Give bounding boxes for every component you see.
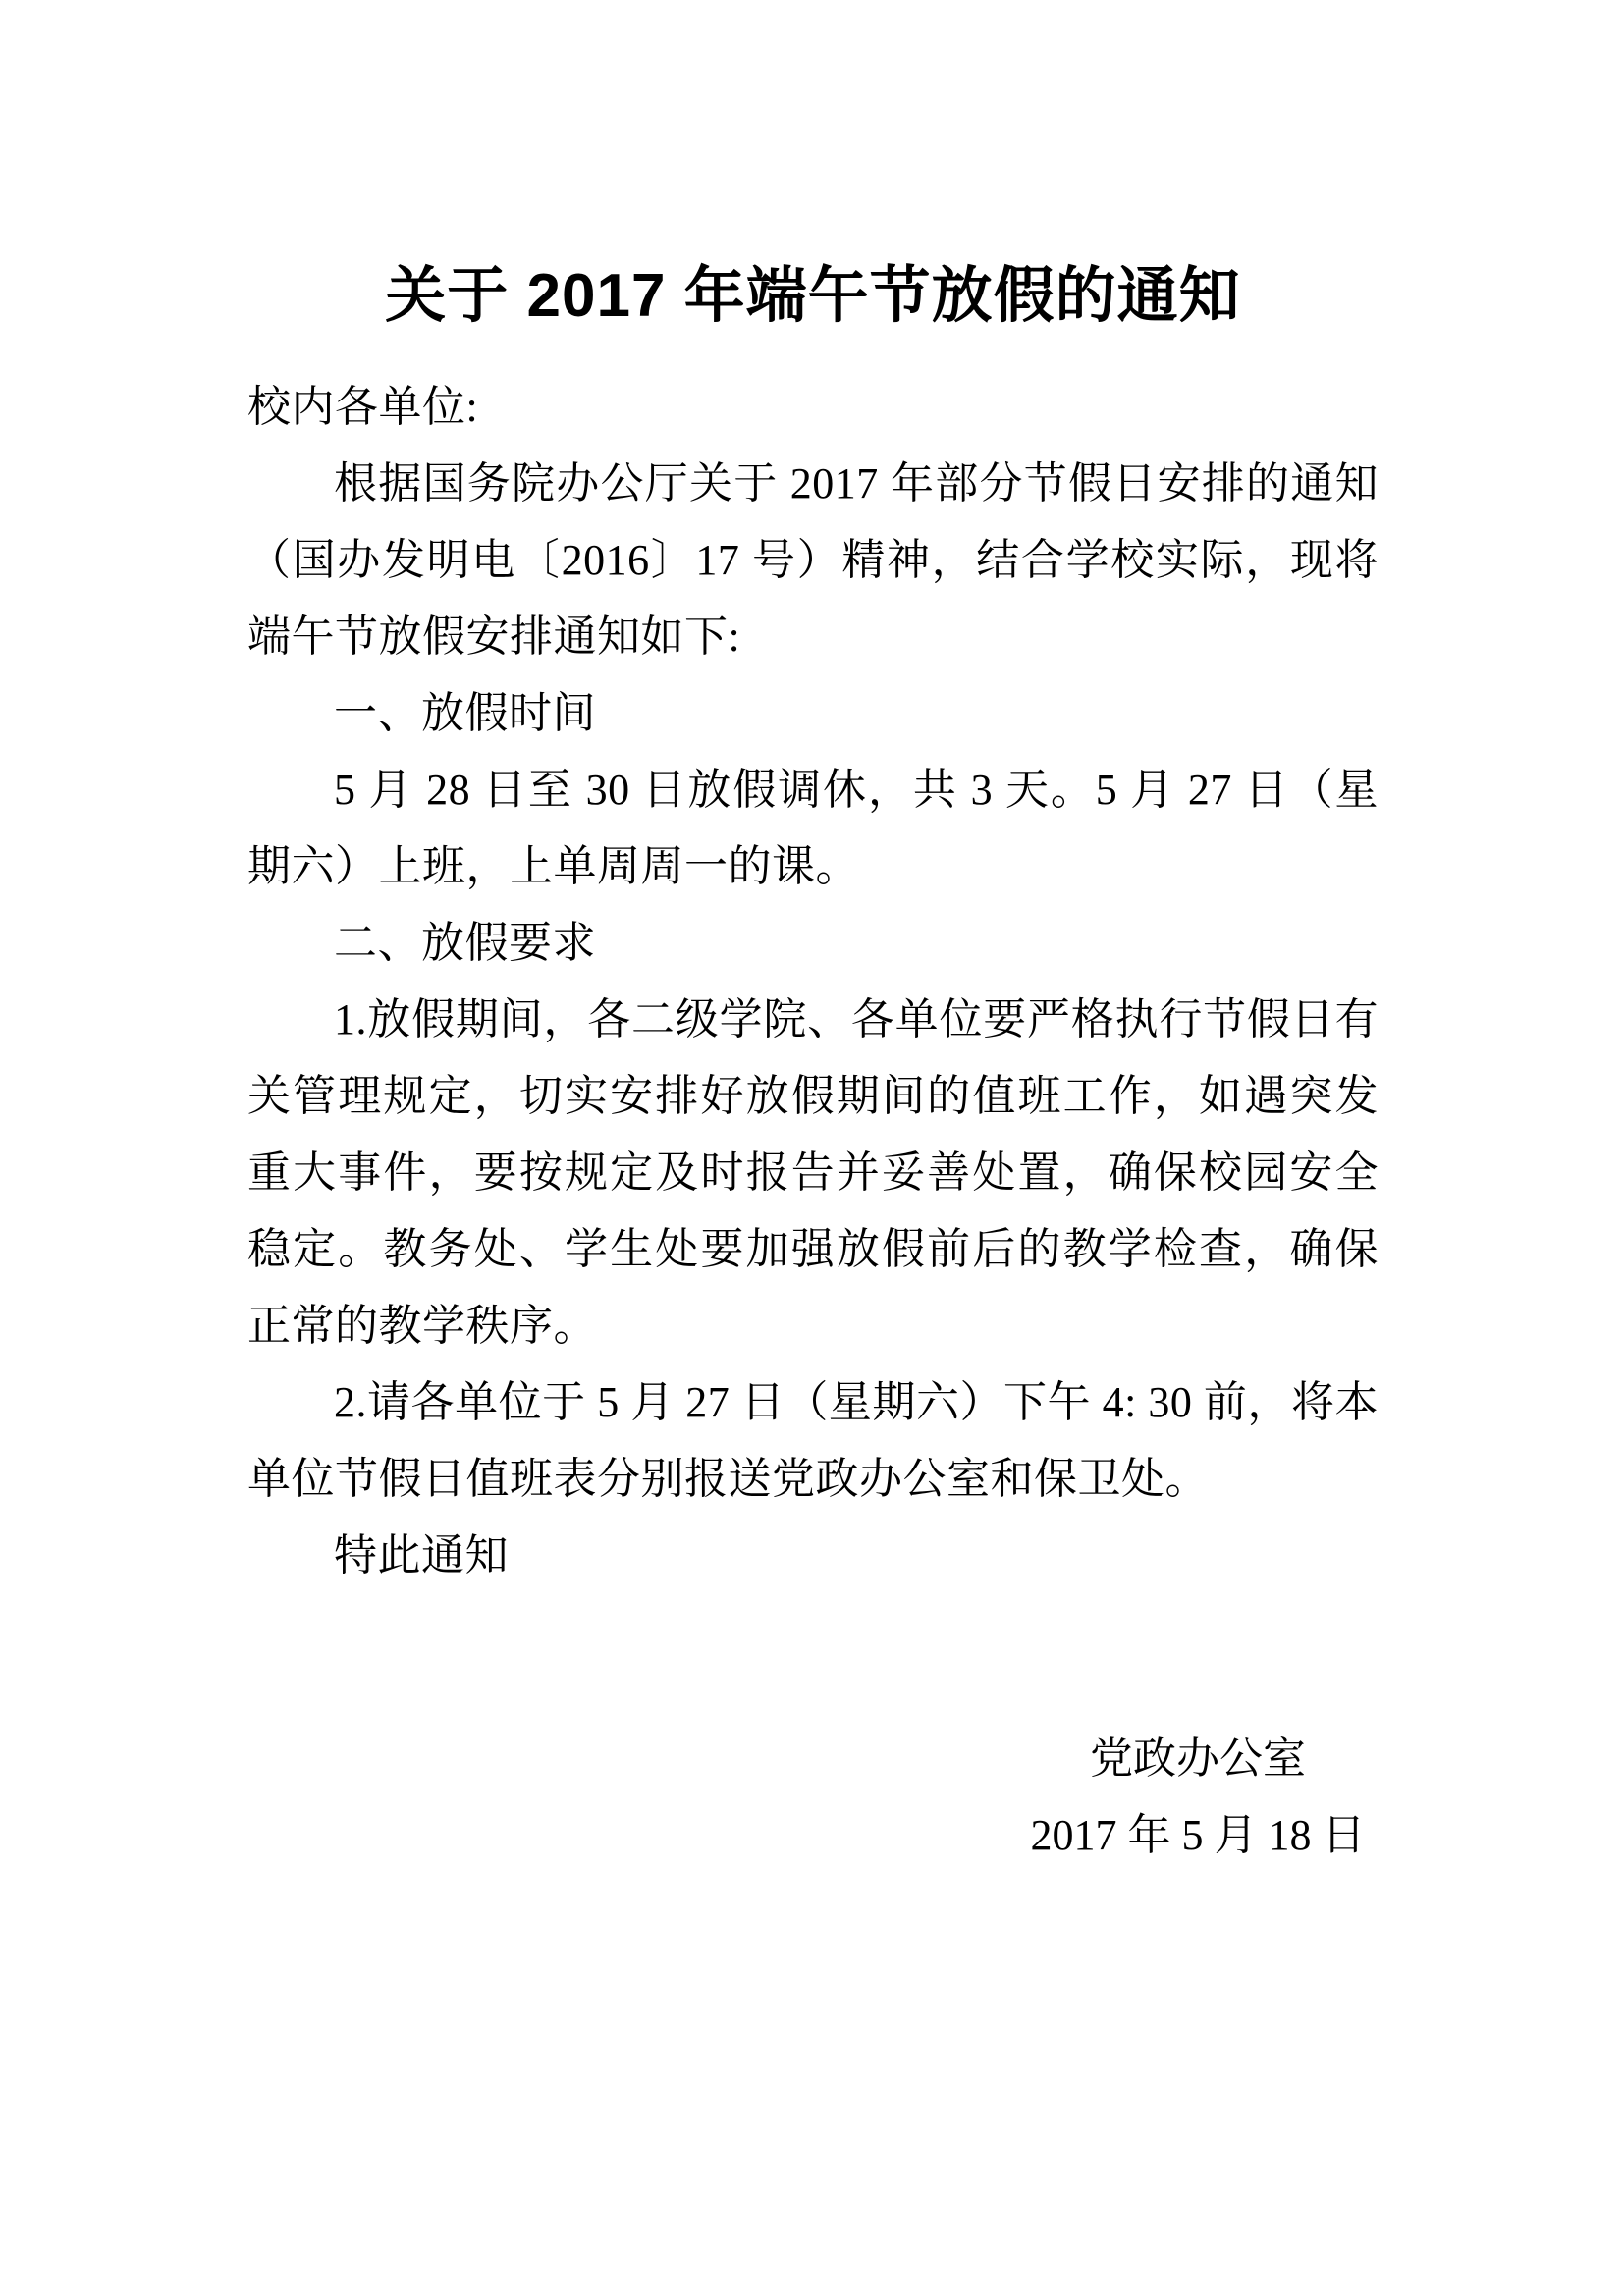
section-heading: 二、放假要求 <box>247 905 1379 982</box>
signature-department: 党政办公室 <box>1025 1721 1371 1797</box>
salutation: 校内各单位: <box>247 369 1379 446</box>
section-heading: 一、放假时间 <box>247 675 1379 752</box>
body-paragraph: 根据国务院办公厅关于 2017 年部分节假日安排的通知（国办发明电〔2016〕1… <box>247 446 1379 675</box>
body-paragraph: 5 月 28 日至 30 日放假调休，共 3 天。5 月 27 日（星期六）上班… <box>247 752 1379 905</box>
closing-phrase: 特此通知 <box>247 1518 1379 1594</box>
notice-body: 校内各单位: 根据国务院办公厅关于 2017 年部分节假日安排的通知（国办发明电… <box>247 369 1379 1594</box>
signature-date: 2017 年 5 月 18 日 <box>1025 1797 1371 1874</box>
document-title: 关于 2017 年端午节放假的通知 <box>247 257 1379 336</box>
body-paragraph: 2.请各单位于 5 月 27 日（星期六）下午 4: 30 前，将本单位节假日值… <box>247 1364 1379 1518</box>
signature-block: 党政办公室 2017 年 5 月 18 日 <box>1025 1721 1371 1874</box>
document-content: 关于 2017 年端午节放假的通知 校内各单位: 根据国务院办公厅关于 2017… <box>247 0 1379 1874</box>
body-paragraph: 1.放假期间，各二级学院、各单位要严格执行节假日有关管理规定，切实安排好放假期间… <box>247 982 1379 1364</box>
document-page: 关于 2017 年端午节放假的通知 校内各单位: 根据国务院办公厅关于 2017… <box>0 0 1624 2296</box>
